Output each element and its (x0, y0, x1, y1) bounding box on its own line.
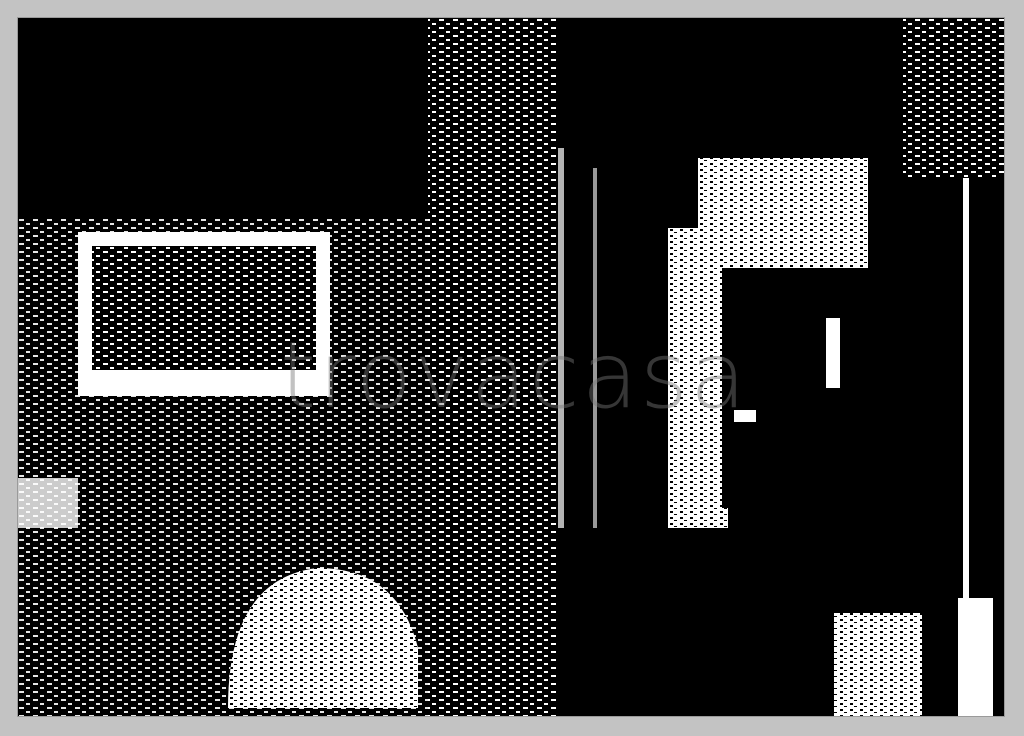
watermark: trovacasa (280, 330, 748, 422)
listing-photo: trovacasa (18, 18, 1004, 716)
